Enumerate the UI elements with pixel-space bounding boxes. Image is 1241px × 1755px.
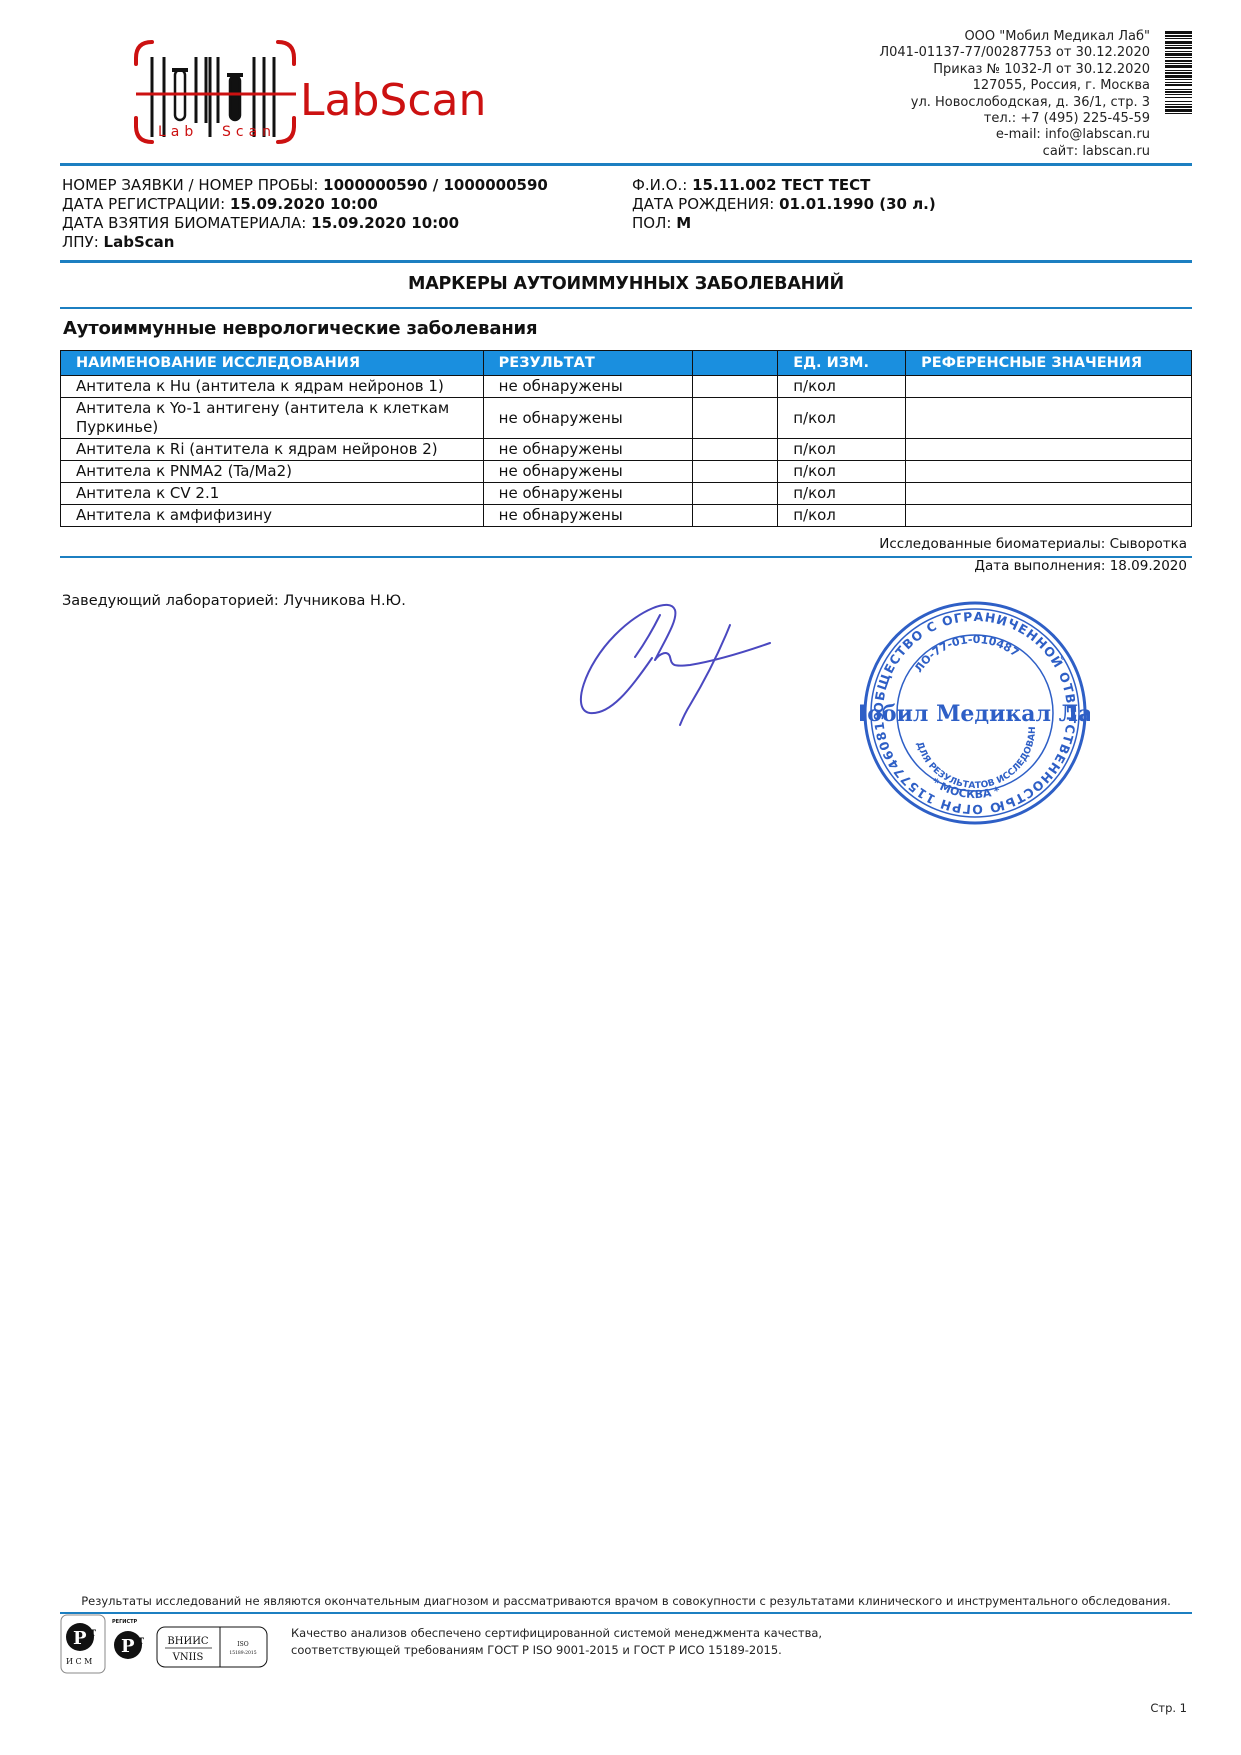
test-unit: п/кол — [778, 376, 906, 398]
title-divider — [60, 307, 1192, 309]
disclaimer: Результаты исследований не являются окон… — [60, 1594, 1192, 1608]
table-row: Антитела к CV 2.1не обнаруженып/кол — [61, 483, 1192, 505]
execution-date: Дата выполнения: 18.09.2020 — [974, 558, 1187, 574]
order-label: НОМЕР ЗАЯВКИ / НОМЕР ПРОБЫ: — [62, 176, 323, 194]
test-result: не обнаружены — [483, 439, 693, 461]
test-result: не обнаружены — [483, 398, 693, 439]
test-result: не обнаружены — [483, 483, 693, 505]
organization-info: ООО "Мобил Медикал Лаб" Л041-01137-77/00… — [879, 29, 1150, 160]
test-reference — [906, 398, 1192, 439]
page-number: Стр. 1 — [1150, 1701, 1187, 1715]
test-flag — [693, 376, 778, 398]
vniis-top: ВНИИС — [167, 1636, 209, 1647]
patient-dob: 01.01.1990 (30 л.) — [779, 195, 936, 213]
sample-date: 15.09.2020 10:00 — [311, 214, 459, 232]
svg-text:т: т — [137, 1633, 144, 1647]
test-flag — [693, 483, 778, 505]
quality-statement: Качество анализов обеспечено сертифициро… — [291, 1625, 822, 1659]
org-email: e-mail: info@labscan.ru — [879, 127, 1150, 143]
certification-logos: Р т И С М РЕГИСТР Р т ВНИИС VNIIS ISO 15… — [60, 1614, 270, 1674]
test-name: Антитела к Hu (антитела к ядрам нейронов… — [61, 376, 484, 398]
sex-label: ПОЛ: — [632, 214, 676, 232]
patient-name: 15.11.002 ТЕСТ ТЕСТ — [692, 176, 870, 194]
lpu-value: LabScan — [104, 233, 175, 251]
test-flag — [693, 505, 778, 527]
test-name: Антитела к PNMA2 (Ta/Ma2) — [61, 461, 484, 483]
name-label: Ф.И.О.: — [632, 176, 692, 194]
test-flag — [693, 439, 778, 461]
patient-info: Ф.И.О.: 15.11.002 ТЕСТ ТЕСТ ДАТА РОЖДЕНИ… — [632, 176, 936, 233]
test-unit: п/кол — [778, 483, 906, 505]
report-title: МАРКЕРЫ АУТОИММУННЫХ ЗАБОЛЕВАНИЙ — [60, 274, 1192, 294]
test-unit: п/кол — [778, 439, 906, 461]
lpu-label: ЛПУ: — [62, 233, 104, 251]
test-flag — [693, 461, 778, 483]
rst-registry-text: РЕГИСТР — [112, 1619, 138, 1625]
dob-label: ДАТА РОЖДЕНИЯ: — [632, 195, 779, 213]
test-unit: п/кол — [778, 398, 906, 439]
section-title: Аутоиммунные неврологические заболевания — [63, 318, 537, 339]
logo-subtext-lab: Lab — [158, 124, 198, 140]
svg-text:Р: Р — [121, 1636, 135, 1657]
iso-std: 15189:2015 — [229, 1650, 256, 1656]
test-result: не обнаружены — [483, 376, 693, 398]
svg-text:т: т — [89, 1625, 96, 1639]
org-phone: тел.: +7 (495) 225-45-59 — [879, 111, 1150, 127]
test-name: Антитела к Yo-1 антигену (антитела к кле… — [61, 398, 484, 439]
table-header-row: НАИМЕНОВАНИЕ ИССЛЕДОВАНИЯ РЕЗУЛЬТАТ ЕД. … — [61, 351, 1192, 376]
order-info: НОМЕР ЗАЯВКИ / НОМЕР ПРОБЫ: 1000000590 /… — [62, 176, 548, 252]
quality-line-1: Качество анализов обеспечено сертифициро… — [291, 1625, 822, 1642]
org-site: сайт: labscan.ru — [879, 144, 1150, 160]
table-row: Антитела к Yo-1 антигену (антитела к кле… — [61, 398, 1192, 439]
head-of-lab: Заведующий лабораторией: Лучникова Н.Ю. — [62, 593, 406, 609]
col-header-unit: ЕД. ИЗМ. — [778, 351, 906, 376]
org-city: 127055, Россия, г. Москва — [879, 78, 1150, 94]
header-divider — [60, 163, 1192, 166]
registration-label: ДАТА РЕГИСТРАЦИИ: — [62, 195, 230, 213]
col-header-flag — [693, 351, 778, 376]
test-name: Антитела к амфифизину — [61, 505, 484, 527]
biomaterials: Исследованные биоматериалы: Сыворотка — [879, 536, 1187, 552]
signature-image — [560, 595, 790, 730]
test-unit: п/кол — [778, 461, 906, 483]
test-reference — [906, 439, 1192, 461]
test-reference — [906, 461, 1192, 483]
col-header-name: НАИМЕНОВАНИЕ ИССЛЕДОВАНИЯ — [61, 351, 484, 376]
table-row: Антитела к Ri (антитела к ядрам нейронов… — [61, 439, 1192, 461]
order-number: 1000000590 / 1000000590 — [323, 176, 548, 194]
test-result: не обнаружены — [483, 461, 693, 483]
test-unit: п/кол — [778, 505, 906, 527]
org-order: Приказ № 1032-Л от 30.12.2020 — [879, 62, 1150, 78]
test-reference — [906, 376, 1192, 398]
stamp-license: ЛО-77-01-010487 — [912, 633, 1021, 675]
svg-text:ЛО-77-01-010487: ЛО-77-01-010487 — [912, 633, 1021, 675]
test-reference — [906, 483, 1192, 505]
table-row: Антитела к PNMA2 (Ta/Ma2)не обнаруженып/… — [61, 461, 1192, 483]
logo-subtext-scan: Scan — [222, 124, 276, 140]
registration-date: 15.09.2020 10:00 — [230, 195, 378, 213]
org-street: ул. Новослободская, д. 36/1, стр. 3 — [879, 95, 1150, 111]
col-header-reference: РЕФЕРЕНСНЫЕ ЗНАЧЕНИЯ — [906, 351, 1192, 376]
test-name: Антитела к Ri (антитела к ядрам нейронов… — [61, 439, 484, 461]
quality-line-2: соответствующей требованиям ГОСТ Р ISO 9… — [291, 1642, 822, 1659]
table-row: Антитела к Hu (антитела к ядрам нейронов… — [61, 376, 1192, 398]
labscan-logo: Lab Scan LabScan — [130, 30, 510, 150]
patient-sex: М — [676, 214, 691, 232]
table-row: Антитела к амфифизинуне обнаруженып/кол — [61, 505, 1192, 527]
vniis-bottom: VNIIS — [172, 1652, 204, 1663]
barcode-icon — [1165, 31, 1192, 158]
org-license: Л041-01137-77/00287753 от 30.12.2020 — [879, 45, 1150, 61]
iso-text: ISO — [237, 1641, 248, 1648]
results-table: НАИМЕНОВАНИЕ ИССЛЕДОВАНИЯ РЕЗУЛЬТАТ ЕД. … — [60, 350, 1192, 527]
ism-text: И С М — [66, 1657, 92, 1666]
official-stamp: ОБЩЕСТВО С ОГРАНИЧЕННОЙ ОТВЕТСТВЕННОСТЬЮ… — [860, 598, 1090, 828]
svg-text:Р: Р — [73, 1628, 87, 1649]
test-name: Антитела к CV 2.1 — [61, 483, 484, 505]
org-name: ООО "Мобил Медикал Лаб" — [879, 29, 1150, 45]
info-divider — [60, 260, 1192, 263]
test-flag — [693, 398, 778, 439]
stamp-center: «Мобил Медикал Лаб» — [860, 701, 1090, 727]
logo-text: LabScan — [300, 75, 486, 126]
test-result: не обнаружены — [483, 505, 693, 527]
col-header-result: РЕЗУЛЬТАТ — [483, 351, 693, 376]
sample-label: ДАТА ВЗЯТИЯ БИОМАТЕРИАЛА: — [62, 214, 311, 232]
test-reference — [906, 505, 1192, 527]
